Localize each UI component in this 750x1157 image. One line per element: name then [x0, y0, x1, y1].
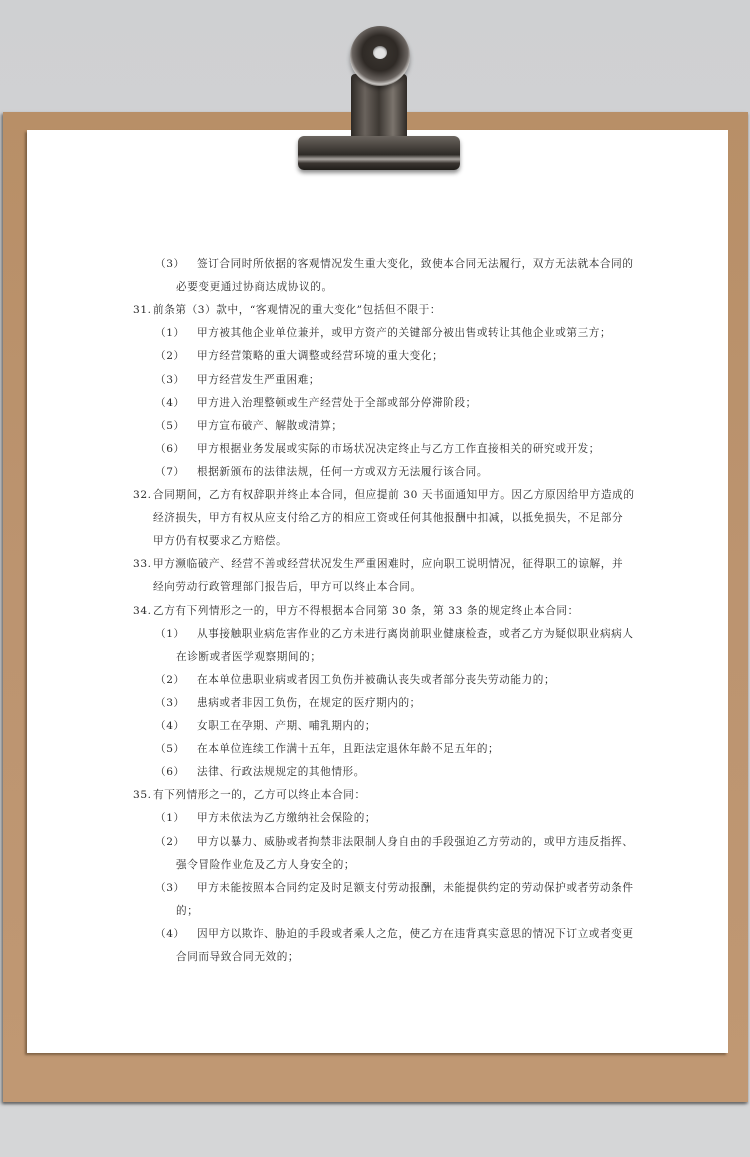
clause-text: 因甲方以欺诈、胁迫的手段或者乘人之危，使乙方在违背真实意思的情况下订立或者变更 [197, 927, 634, 941]
article-number: 32. [133, 488, 152, 502]
clause-marker: （5） [155, 419, 185, 433]
article-number: 33. [133, 557, 152, 571]
article-number: 34. [133, 604, 152, 618]
clause-text: 在本单位连续工作满十五年，且距法定退休年龄不足五年的； [197, 742, 499, 756]
article-number: 31. [133, 303, 152, 317]
clause-text: 患病或者非因工负伤，在规定的医疗期内的； [197, 696, 421, 710]
clause-text: 签订合同时所依据的客观情况发生重大变化，致使本合同无法履行，双方无法就本合同的 [197, 257, 634, 271]
clause-marker: （4） [155, 719, 185, 733]
clause-text: 在本单位患职业病或者因工负伤并被确认丧失或者部分丧失劳动能力的； [197, 673, 555, 687]
clause-marker: （4） [155, 927, 185, 941]
clause-text: 甲方未依法为乙方缴纳社会保险的； [197, 811, 376, 825]
clause-marker: （5） [155, 742, 185, 756]
clause-text: 从事接触职业病危害作业的乙方未进行离岗前职业健康检查，或者乙方为疑似职业病病人 [197, 627, 634, 641]
clause-text-continued: 必要变更通过协商达成协议的。 [176, 280, 333, 294]
clause-marker: （4） [155, 396, 185, 410]
clip-jaw [298, 136, 460, 170]
clause-text: 法律、行政法规规定的其他情形。 [197, 765, 365, 779]
clause-text: 甲方被其他企业单位兼并，或甲方资产的关键部分被出售或转让其他企业或第三方； [197, 326, 611, 340]
clause-marker: （6） [155, 765, 185, 779]
article-text: 前条第（3）款中，“客观情况的重大变化”包括但不限于： [153, 303, 441, 317]
article-number: 35. [133, 788, 152, 802]
article-text: 合同期间，乙方有权辞职并终止本合同，但应提前 30 天书面通知甲方。因乙方原因给… [153, 488, 635, 502]
clause-text: 甲方以暴力、威胁或者拘禁非法限制人身自由的手段强迫乙方劳动的，或甲方违反指挥、 [197, 835, 634, 849]
article-text: 有下列情形之一的，乙方可以终止本合同： [153, 788, 366, 802]
clause-text: 甲方未能按照本合同约定及时足额支付劳动报酬，未能提供约定的劳动保护或者劳动条件 [197, 881, 634, 895]
clause-text: 甲方进入治理整顿或生产经营处于全部或部分停滞阶段； [197, 396, 477, 410]
clause-text-continued: 的； [176, 904, 198, 918]
clause-text: 甲方根据业务发展或实际的市场状况决定终止与乙方工作直接相关的研究或开发； [197, 442, 600, 456]
clause-text-continued: 在诊断或者医学观察期间的； [176, 650, 322, 664]
article-text: 甲方濒临破产、经营不善或经营状况发生严重困难时，应向职工说明情况，征得职工的谅解… [153, 557, 623, 571]
clause-text: 甲方宣布破产、解散或清算； [197, 419, 343, 433]
article-text-continued: 甲方仍有权要求乙方赔偿。 [153, 534, 287, 548]
clause-text: 甲方经营发生严重困难； [197, 373, 320, 387]
clause-marker: （1） [155, 326, 185, 340]
clause-marker: （2） [155, 673, 185, 687]
clause-marker: （3） [155, 696, 185, 710]
clause-text: 女职工在孕期、产期、哺乳期内的； [197, 719, 376, 733]
clause-text: 甲方经营策略的重大调整或经营环境的重大变化； [197, 349, 443, 363]
clause-marker: （3） [155, 373, 185, 387]
clause-text-continued: 合同而导致合同无效的； [176, 950, 299, 964]
clause-marker: （2） [155, 835, 185, 849]
article-text-continued: 经济损失，甲方有权从应支付给乙方的相应工资或任何其他报酬中扣减，以抵免损失，不足… [153, 511, 623, 525]
clip-hole [373, 46, 387, 59]
article-text: 乙方有下列情形之一的，甲方不得根据本合同第 30 条，第 33 条的规定终止本合… [153, 604, 579, 618]
article-text-continued: 经向劳动行政管理部门报告后，甲方可以终止本合同。 [153, 580, 422, 594]
clause-marker: （1） [155, 627, 185, 641]
clause-marker: （2） [155, 349, 185, 363]
binder-clip-icon [296, 22, 462, 172]
clause-marker: （6） [155, 442, 185, 456]
clause-text-continued: 强令冒险作业危及乙方人身安全的； [176, 858, 355, 872]
clause-marker: （3） [155, 257, 185, 271]
clause-text: 根据新颁布的法律法规，任何一方或双方无法履行该合同。 [197, 465, 488, 479]
clause-marker: （3） [155, 881, 185, 895]
clause-marker: （7） [155, 465, 185, 479]
clause-marker: （1） [155, 811, 185, 825]
